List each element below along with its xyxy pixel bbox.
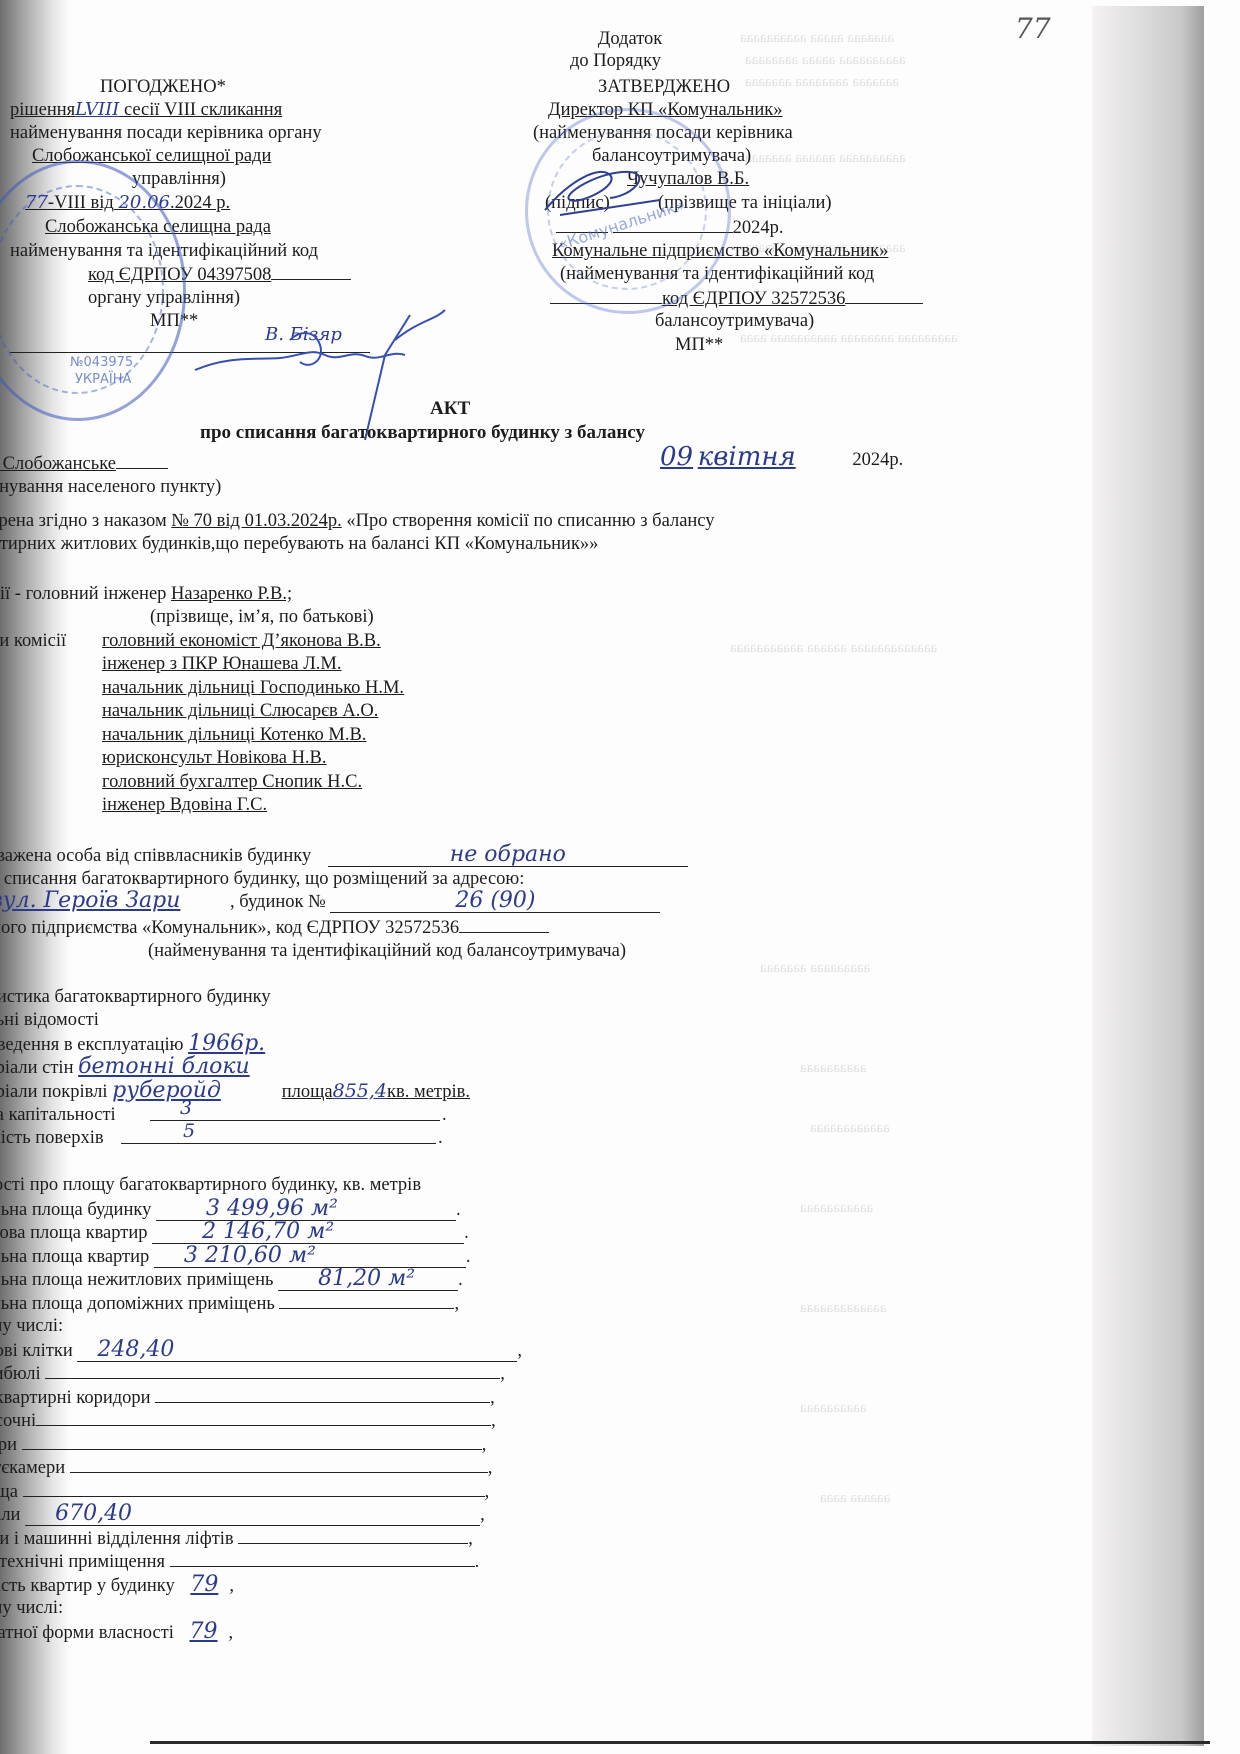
aux-row: шахти і машинні відділення ліфтів , [0, 1527, 473, 1550]
act-subtitle: про списання багатоквартирного будинку з… [200, 422, 645, 444]
appendix-line2: до Порядку [570, 50, 661, 72]
approved-seal-label: МП** [675, 334, 723, 356]
char-capital-field: 3 [150, 1097, 440, 1121]
agreed-position-caption: найменування посади керівника органу [10, 122, 322, 144]
char-row-capital: група капітальності [0, 1104, 116, 1126]
punct: . [438, 1127, 443, 1149]
commission-intro: Комісія, утворена згідно з наказом № 70 … [0, 510, 715, 532]
aux-row: сходові клітки 248,40, [0, 1339, 522, 1362]
commission-chair: Голова комісії - головний інженер Назаре… [0, 583, 292, 605]
aux-row: комори , [0, 1433, 486, 1456]
member-item: головний бухгалтер Снопик Н.С. [102, 771, 362, 793]
aux-row: позаквартирні коридори , [0, 1386, 495, 1409]
area-row: загальна площа будинку 3 499,96 м². [0, 1198, 461, 1221]
apartments-incl: у тому числі: [0, 1597, 63, 1619]
punct: . [442, 1104, 447, 1126]
area-row: загальна площа нежитлових приміщень 81,2… [0, 1268, 463, 1291]
address-intro: склали цей акт про списання багатокварти… [0, 868, 524, 890]
scan-bottom-edge [150, 1741, 1210, 1744]
aux-row: сміттєкамери , [0, 1456, 492, 1479]
char-row-year: рік введення в експлуатацію 1966р. [0, 1033, 265, 1056]
approved-heading: ЗАТВЕРДЖЕНО [598, 76, 730, 98]
stamp-country: УКРАЇНА [75, 372, 131, 387]
areas-incl: у тому числі: [0, 1315, 63, 1337]
aux-row: інші технічні приміщення . [0, 1550, 479, 1573]
member-item: інженер Вдовіна Г.С. [102, 794, 267, 816]
document-page: ааааааа ааааа аааааааааа аааааааааа аааа… [0, 0, 1240, 1754]
address-line: вул. Героїв Зари, будинок № 26 (90) [0, 890, 660, 913]
member-item: начальник дільниці Господинько Н.М. [102, 677, 404, 699]
char-floors-field: 5 [121, 1120, 436, 1144]
commission-order-title2: багатоквартирних житлових будинків,що пе… [0, 533, 598, 555]
area-row: загальна площа допоміжних приміщень , [0, 1292, 459, 1315]
aux-row: вестибюлі , [0, 1362, 505, 1385]
member-item: начальник дільниці Слюсарєв А.О. [102, 700, 378, 722]
act-title: АКТ [430, 398, 470, 420]
page-number-note: 77 [1015, 18, 1051, 40]
member-item: головний економіст Д’яконова В.В. [102, 630, 381, 652]
areas-heading: 2) відомості про площу багатоквартирного… [0, 1174, 421, 1196]
appendix-line1: Додаток [560, 28, 700, 50]
char-row-walls: матеріали стін бетонні блоки [0, 1056, 250, 1079]
commission-chair-caption: (прізвище, ім’я, по батькові) [150, 606, 374, 628]
balance-holder: з балансу Комунального підприємства «Ком… [0, 916, 549, 939]
member-item: юрисконсульт Новікова Н.В. [102, 747, 327, 769]
place-caption: (найменування населеного пункту) [0, 476, 221, 498]
approved-signature-icon [540, 160, 670, 220]
aux-row: колясочні, [0, 1409, 496, 1432]
member-item: начальник дільниці Котенко М.В. [102, 724, 366, 746]
agreed-decision: рішенняLVIII сесії VIII скликання [10, 99, 282, 121]
member-item: інженер з ПКР Юнашева Л.М. [102, 653, 341, 675]
balance-holder-caption: (найменування та ідентифікаційний код ба… [148, 940, 626, 962]
apartments-count: 3) кількість квартир у будинку 79, [0, 1574, 234, 1597]
place-value: смт Слобожанське [0, 452, 168, 475]
page-fold-strip [1092, 6, 1204, 1746]
char-row-floors: кількість поверхів [0, 1127, 104, 1149]
commission-members-label: Члени комісії [0, 630, 66, 652]
characteristics-general: 1) загальні відомості [0, 1009, 99, 1031]
approved-org-caption2: балансоутримувача) [655, 310, 814, 332]
owners-representative: уповноважена особа від співвласників буд… [0, 844, 688, 867]
characteristics-heading: 1. Характеристика багатоквартирного буди… [0, 986, 271, 1008]
agreed-heading: ПОГОДЖЕНО* [100, 76, 226, 98]
act-date: 09 квітня 2024р. [660, 446, 903, 471]
aux-row: горища , [0, 1480, 489, 1503]
decision-number-handwritten: LVIII [75, 99, 119, 120]
area-row: загальна площа квартир 3 210,60 м². [0, 1245, 471, 1268]
aux-row: підвали 670,40, [0, 1503, 485, 1526]
stamp-number: №043975 [70, 355, 133, 370]
agreed-mgmt-caption: управління) [132, 168, 226, 190]
private-ownership: приватної форми власності 79, [0, 1621, 233, 1644]
area-row: житлова площа квартир 2 146,70 м². [0, 1221, 469, 1244]
